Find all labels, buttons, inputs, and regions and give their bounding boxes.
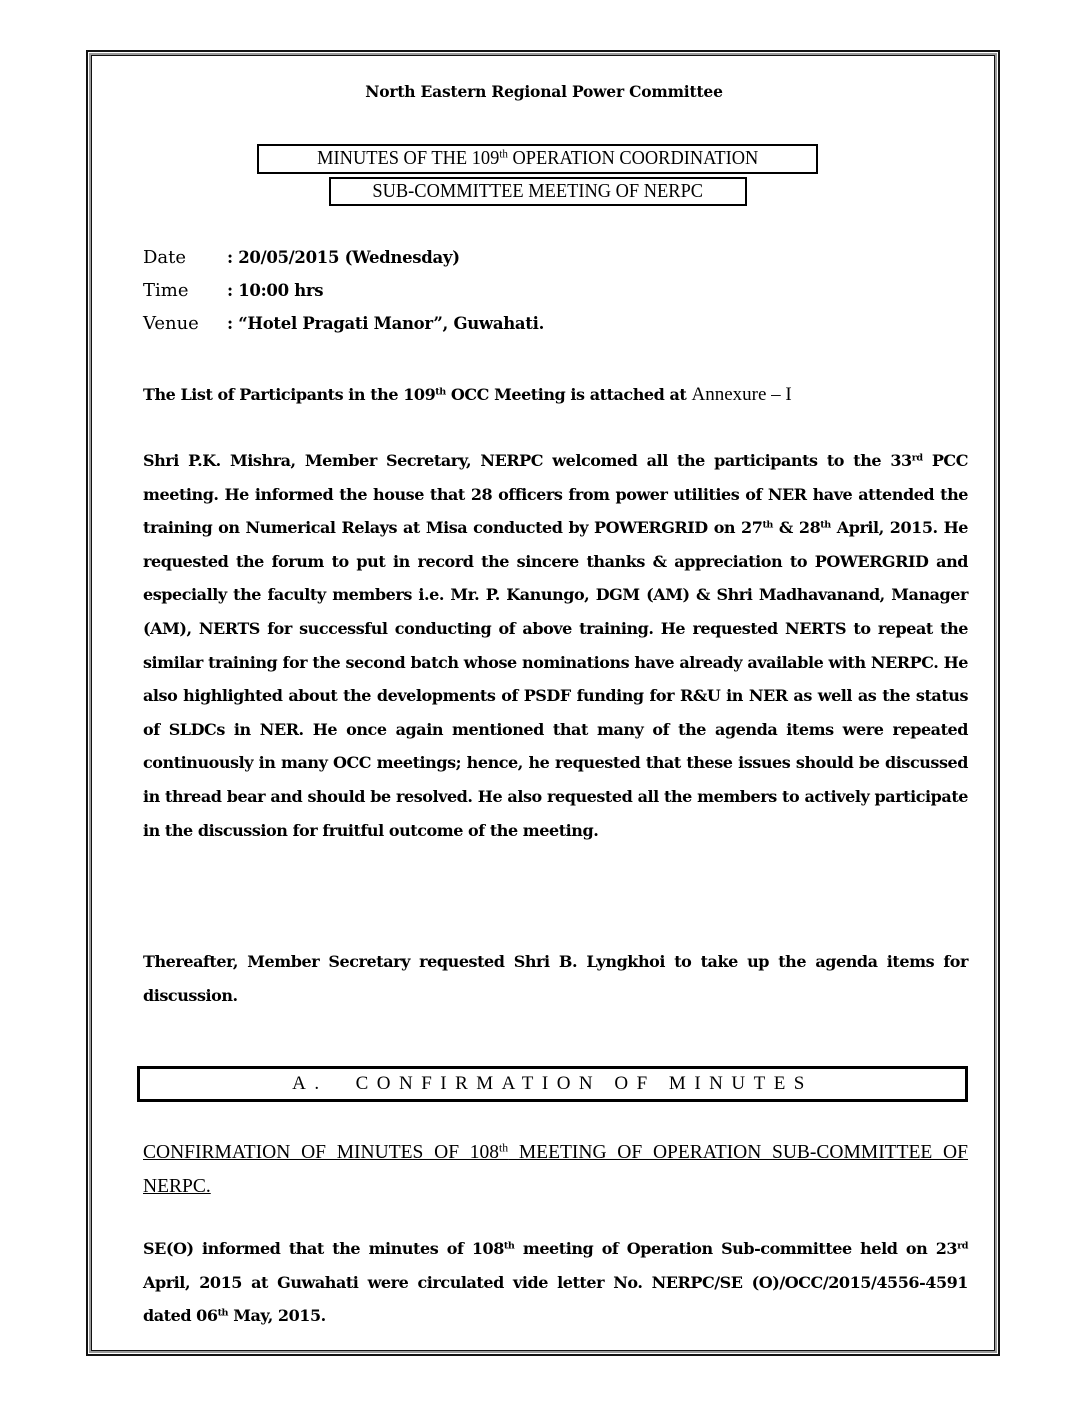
annexure-reference: Annexure – I [691, 384, 791, 405]
superscript: rd [912, 453, 923, 464]
title-text: OPERATION COORDINATION [508, 147, 758, 169]
opening-paragraph: Shri P.K. Mishra, Member Secretary, NERP… [143, 444, 968, 847]
text: meeting of Operation Sub-committee held … [514, 1239, 957, 1258]
title-text: MINUTES OF THE 109 [317, 147, 499, 169]
meta-value: : 20/05/2015 (Wednesday) [227, 248, 460, 267]
meta-value: : “Hotel Pragati Manor”, Guwahati. [227, 314, 544, 333]
superscript: rd [957, 1241, 968, 1252]
text: May, 2015. [228, 1306, 326, 1325]
participants-statement: The List of Participants in the 109th OC… [143, 378, 968, 412]
meta-value: : 10:00 hrs [227, 281, 323, 300]
section-title: CONFIRMATION OF MINUTES [356, 1073, 813, 1094]
section-number: A. [292, 1073, 327, 1094]
text: CONFIRMATION OF MINUTES OF 108 [143, 1142, 499, 1163]
text: The List of Participants in the 109 [143, 385, 435, 404]
minutes-title-line-2: SUB-COMMITTEE MEETING OF NERPC [329, 177, 747, 206]
text: Shri P.K. Mishra, Member Secretary, NERP… [143, 451, 912, 470]
organization-title: North Eastern Regional Power Committee [0, 82, 1088, 101]
meta-label: Date [143, 247, 186, 268]
meta-label: Venue [143, 313, 199, 334]
title-superscript: th [499, 146, 508, 160]
superscript: th [218, 1308, 229, 1319]
superscript: th [820, 520, 831, 531]
section-a-heading: A.CONFIRMATION OF MINUTES [137, 1066, 968, 1102]
handover-paragraph: Thereafter, Member Secretary requested S… [143, 945, 968, 1012]
text: SE(O) informed that the minutes of 108 [143, 1239, 504, 1258]
text: April, 2015. He requested the forum to p… [143, 518, 968, 839]
text: OCC Meeting is attached at [446, 385, 692, 404]
confirmation-paragraph: SE(O) informed that the minutes of 108th… [143, 1232, 968, 1333]
superscript: th [762, 520, 773, 531]
superscript: th [435, 387, 446, 398]
confirmation-subheading: CONFIRMATION OF MINUTES OF 108th MEETING… [143, 1136, 968, 1204]
superscript: th [499, 1142, 508, 1155]
title-text: SUB-COMMITTEE MEETING OF NERPC [373, 179, 704, 203]
minutes-title-line-1: MINUTES OF THE 109th OPERATION COORDINAT… [257, 144, 818, 174]
meta-label: Time [143, 280, 188, 301]
superscript: th [504, 1241, 515, 1252]
text: & 28 [773, 518, 820, 537]
